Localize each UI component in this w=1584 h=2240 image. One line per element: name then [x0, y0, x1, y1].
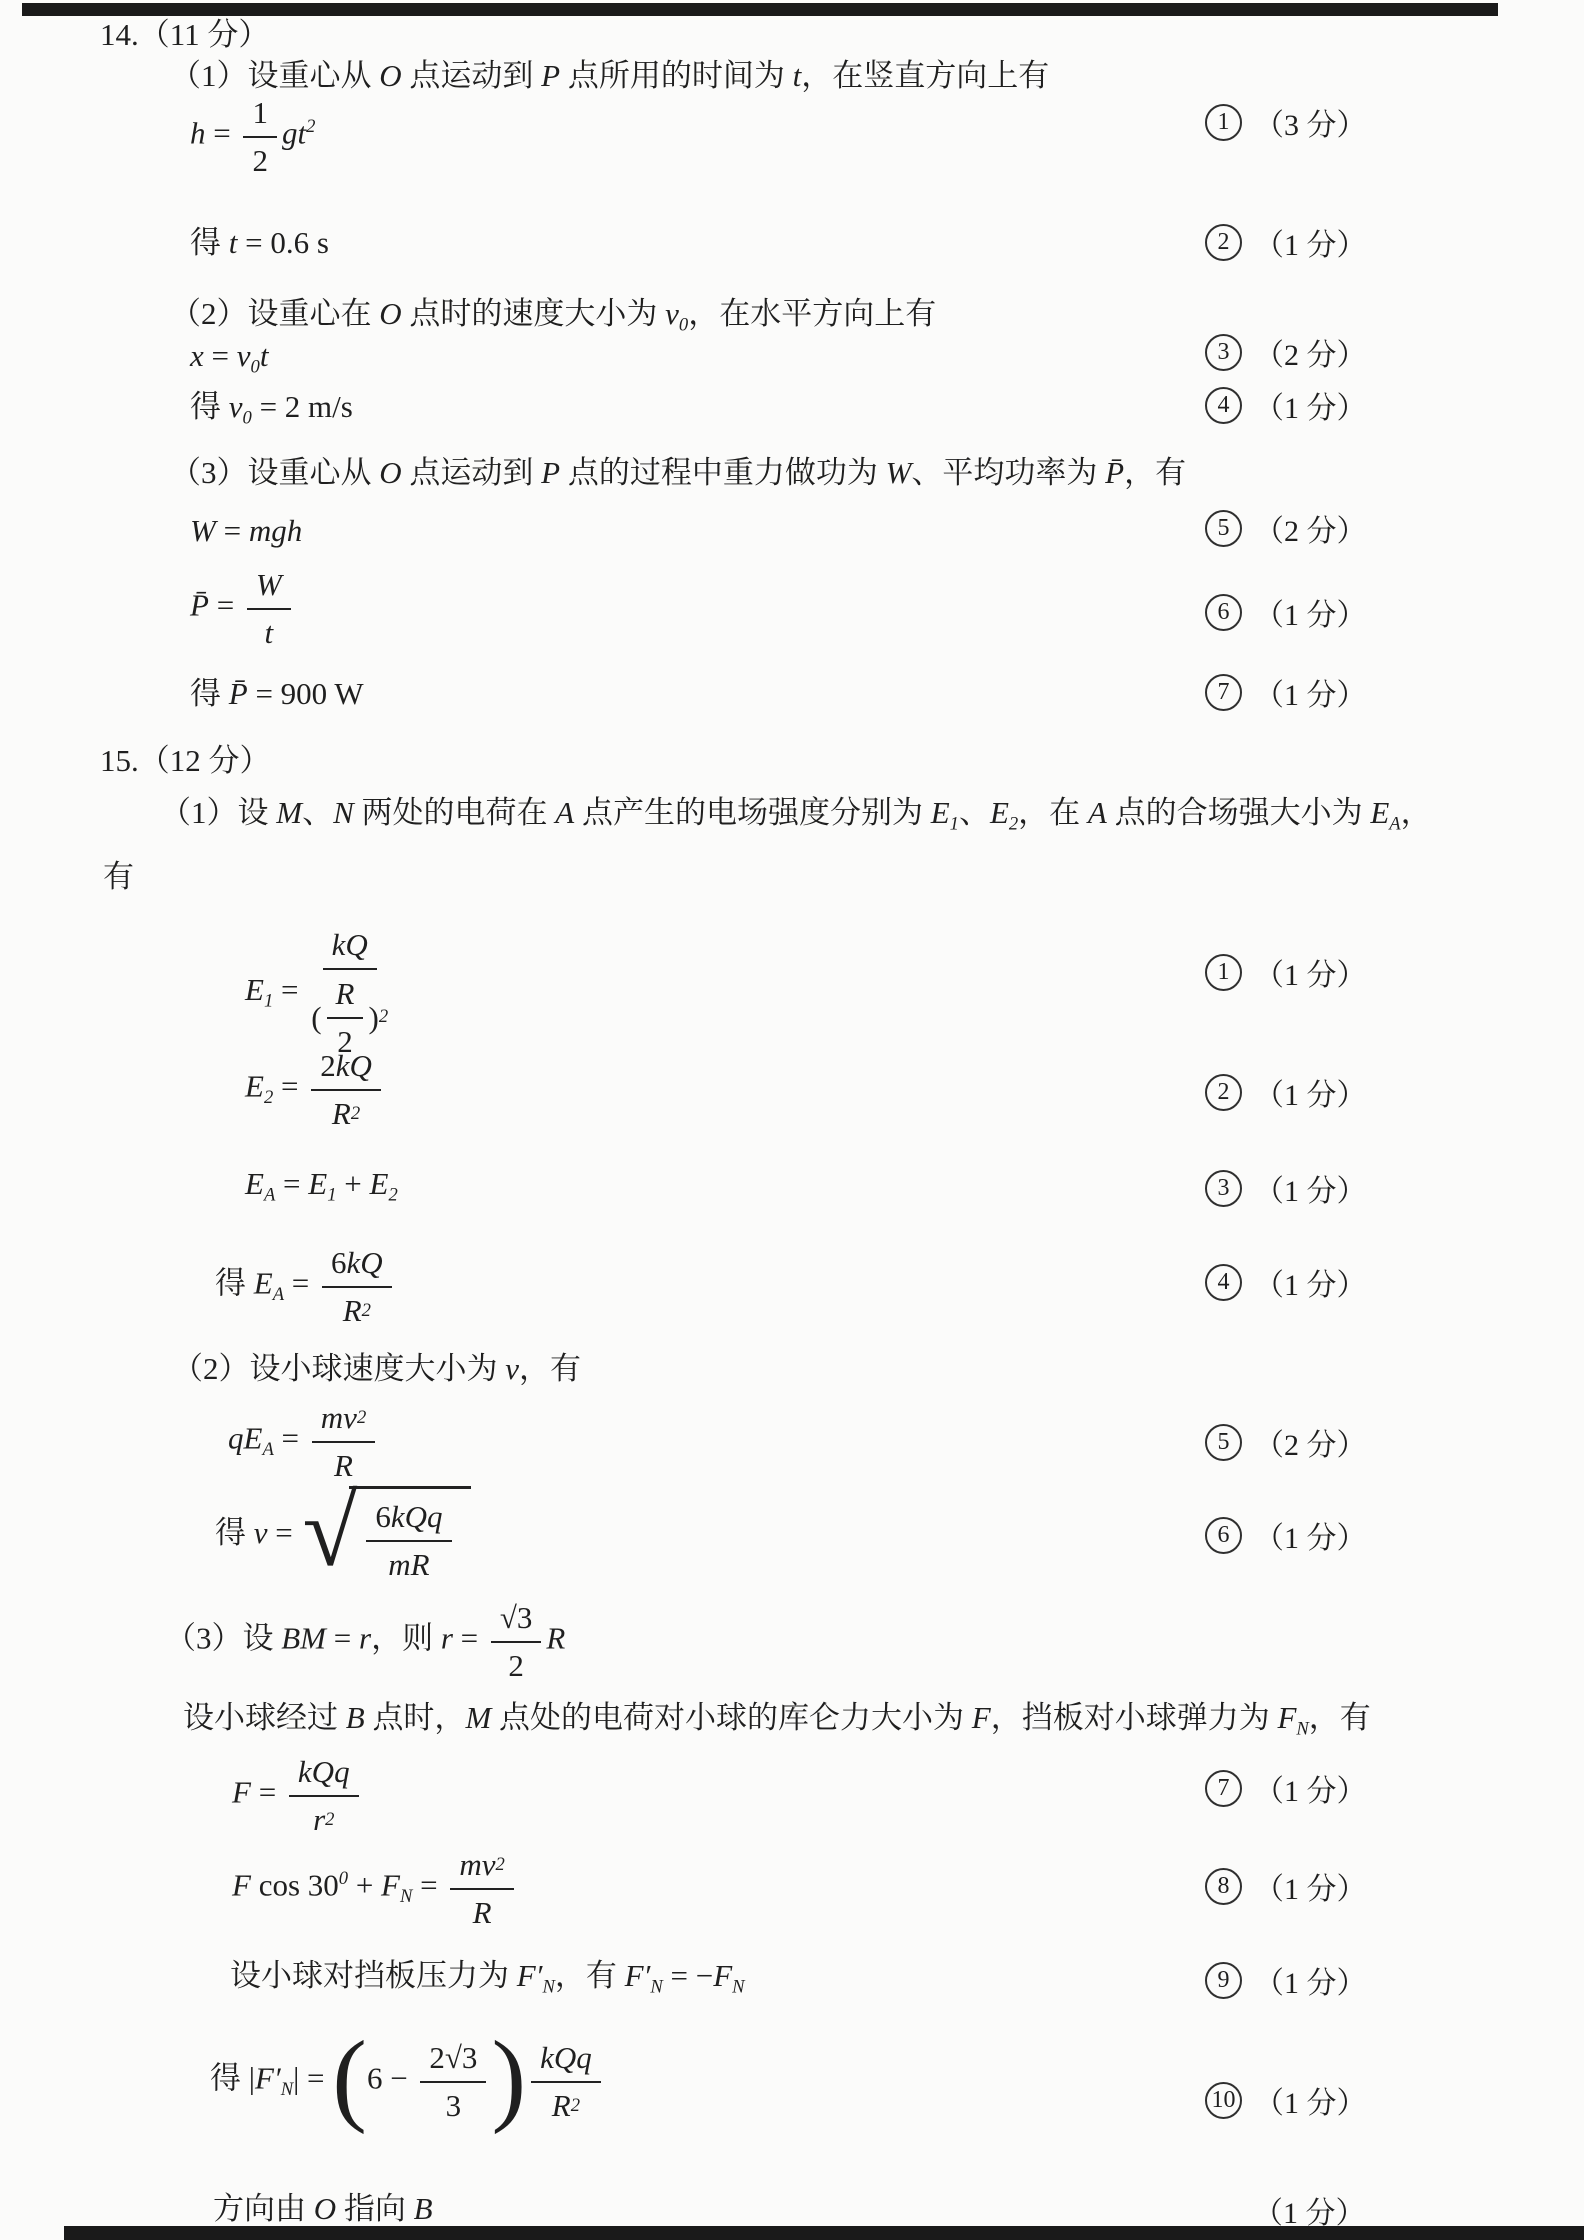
math-variable: kQ: [347, 1244, 383, 1281]
math-variable: N: [333, 795, 354, 830]
fraction-numerator: kQq: [289, 1752, 359, 1797]
q14-part2-intro: （2）设重心在 O 点时的速度大小为 v0，在水平方向上有: [170, 293, 936, 335]
score-text: （1 分）: [1254, 1070, 1367, 1114]
score-text: （1 分）: [1254, 383, 1367, 427]
math-variable: R: [343, 1292, 362, 1329]
score-text: （1 分）: [1253, 2188, 1366, 2232]
fraction-numerator: kQq: [531, 2038, 601, 2083]
score-circle-number: 10: [1205, 2082, 1242, 2119]
q15-part3-intro: （3）设 BM = r，则 r = √32R: [165, 1598, 565, 1684]
q14-eq6-score: 6（1 分）: [1205, 590, 1367, 634]
score-circle-number: 5: [1205, 1424, 1242, 1461]
q14-eq7-score: 7（1 分）: [1205, 670, 1367, 714]
math-variable: M: [465, 1700, 491, 1735]
math-variable: mR: [388, 1546, 429, 1583]
math-variable: t: [793, 58, 802, 93]
math-variable: F: [713, 1958, 732, 1993]
math-variable: F: [232, 1774, 251, 1809]
score-circle-number: 7: [1205, 1770, 1242, 1807]
math-variable: E: [370, 1166, 389, 1201]
fraction: 6kQR2: [322, 1243, 392, 1329]
math-variable: F′: [517, 1958, 543, 1993]
math-subscript: 2: [264, 1087, 273, 1108]
score-text: （2 分）: [1254, 1420, 1367, 1464]
math-variable: mgh: [249, 513, 302, 548]
math-variable: F′: [625, 1958, 651, 1993]
math-variable: E: [245, 972, 264, 1007]
big-parenthesis: (: [332, 2020, 367, 2135]
math-variable: R: [336, 975, 355, 1012]
q15-eq9-score: 9（1 分）: [1205, 1958, 1367, 2002]
math-variable: F: [972, 1700, 991, 1735]
math-variable: kQq: [298, 1753, 350, 1790]
math-variable: t: [265, 614, 274, 651]
q15-direction-score: （1 分）: [1253, 2188, 1366, 2232]
math-variable: kQ: [336, 1047, 372, 1084]
math-variable: F: [1277, 1700, 1296, 1735]
fraction: mv2R: [312, 1398, 375, 1484]
fraction-numerator: 1: [243, 93, 277, 138]
math-subscript: 1: [264, 990, 273, 1011]
math-subscript: N: [400, 1886, 412, 1907]
math-variable: v: [505, 1351, 519, 1386]
score-circle-number: 2: [1205, 224, 1242, 261]
fraction-denominator: t: [265, 610, 274, 651]
math-variable: r: [359, 1620, 371, 1655]
score-circle-number: 6: [1205, 1517, 1242, 1554]
math-variable: F: [381, 1867, 400, 1902]
score-text: （2 分）: [1254, 330, 1367, 374]
math-variable: qE: [228, 1420, 262, 1455]
fraction: 12: [243, 93, 277, 179]
math-subscript: A: [262, 1439, 273, 1460]
score-text: （1 分）: [1254, 950, 1367, 994]
fraction: 2kQR2: [311, 1046, 381, 1132]
fraction-numerator: R: [327, 974, 364, 1019]
q14-part1-intro: （1）设重心从 O 点运动到 P 点所用的时间为 t，在竖直方向上有: [170, 55, 1049, 97]
q15-eq8-force-balance: F cos 300 + FN = mv2R: [232, 1845, 519, 1931]
math-variable: mv: [459, 1846, 495, 1883]
square-root: √6kQqmR: [303, 1486, 471, 1585]
math-subscript: 0: [679, 315, 688, 336]
fraction-denominator: R2: [343, 1288, 371, 1329]
fraction-denominator: R2: [552, 2083, 580, 2124]
q14-eq5-score: 5（2 分）: [1205, 506, 1367, 550]
score-text: （3 分）: [1254, 100, 1367, 144]
math-subscript: A: [1389, 814, 1400, 835]
fraction: √32: [491, 1598, 542, 1684]
fraction-denominator: R2: [332, 1091, 360, 1132]
score-text: （1 分）: [1254, 670, 1367, 714]
math-variable: R: [546, 1620, 565, 1655]
q15-eq4-field-result: 得 EA = 6kQR2: [215, 1243, 397, 1329]
math-variable: r: [313, 1801, 325, 1838]
q14-part3-intro: （3）设重心从 O 点运动到 P 点的过程中重力做功为 W、平均功率为 P̄，有: [170, 452, 1186, 494]
math-subscript: 1: [327, 1185, 336, 1206]
math-variable: O: [379, 296, 401, 331]
fraction-numerator: kQ: [323, 925, 377, 970]
q15-eq8-score: 8（1 分）: [1205, 1864, 1367, 1908]
q14-eq2-time-result: 得 t = 0.6 s: [190, 222, 329, 264]
math-variable: kQq: [540, 2039, 592, 2076]
math-subscript: N: [281, 2079, 293, 2100]
math-subscript: 0: [243, 408, 252, 429]
big-parenthesis: ): [491, 2020, 526, 2135]
math-variable: W: [886, 455, 912, 490]
score-circle-number: 8: [1205, 1868, 1242, 1905]
math-variable: x: [190, 338, 204, 373]
math-variable: mv: [321, 1399, 357, 1436]
fraction-numerator: 6kQ: [322, 1243, 392, 1288]
fraction: 6kQqmR: [366, 1497, 451, 1583]
score-circle-number: 3: [1205, 1170, 1242, 1207]
score-text: （1 分）: [1254, 1513, 1367, 1557]
score-circle-number: 2: [1205, 1074, 1242, 1111]
fraction-denominator: r2: [313, 1797, 334, 1838]
q14-eq1-score: 1（3 分）: [1205, 100, 1367, 144]
math-variable: P: [541, 58, 560, 93]
score-text: （1 分）: [1254, 2078, 1367, 2122]
math-superscript: 0: [339, 1868, 348, 1889]
math-superscript: 2: [306, 116, 315, 137]
score-circle-number: 4: [1205, 387, 1242, 424]
math-subscript: 2: [1009, 814, 1018, 835]
math-variable: h: [190, 115, 206, 150]
q15-eq5-score: 5（2 分）: [1205, 1420, 1367, 1464]
math-variable: E: [931, 795, 950, 830]
fraction-denominator: R: [473, 1890, 492, 1931]
math-variable: E: [254, 1265, 273, 1300]
q14-eq3-displacement: x = v0t: [190, 335, 268, 377]
score-circle-number: 3: [1205, 334, 1242, 371]
q14-eq4-velocity-result: 得 v0 = 2 m/s: [190, 386, 353, 428]
q14-eq3-score: 3（2 分）: [1205, 330, 1367, 374]
q15-eq7-coulomb-force: F = kQqr2: [232, 1752, 364, 1838]
math-variable: E: [245, 1166, 264, 1201]
score-circle-number: 6: [1205, 594, 1242, 631]
q14-header: 14.（11 分）: [100, 14, 269, 56]
q15-direction-note: 方向由 O 指向 B: [213, 2188, 433, 2230]
q14-eq2-score: 2（1 分）: [1205, 220, 1367, 264]
math-variable: R: [473, 1894, 492, 1931]
fraction-numerator: mv2: [312, 1398, 375, 1443]
q15-part2-intro: （2）设小球速度大小为 v，有: [172, 1348, 581, 1390]
q15-eq10-score: 10（1 分）: [1205, 2078, 1367, 2122]
score-text: （1 分）: [1254, 1260, 1367, 1304]
q15-eq3-score: 3（1 分）: [1205, 1166, 1367, 1210]
math-variable: P̄: [190, 587, 209, 622]
math-variable: E: [1370, 795, 1389, 830]
fraction-denominator: 2: [508, 1643, 524, 1684]
score-text: （1 分）: [1254, 220, 1367, 264]
math-variable: v: [665, 296, 679, 331]
q15-eq5-circular-motion: qEA = mv2R: [228, 1398, 380, 1484]
math-variable: W: [256, 566, 282, 603]
score-text: （1 分）: [1254, 1166, 1367, 1210]
score-circle-number: 9: [1205, 1962, 1242, 1999]
fraction-denominator: 2: [252, 138, 268, 179]
math-variable: P̄: [229, 676, 248, 711]
math-variable: B: [414, 2191, 433, 2226]
math-subscript: A: [264, 1185, 275, 1206]
score-circle-number: 4: [1205, 1264, 1242, 1301]
math-subscript: N: [732, 1977, 744, 1998]
math-variable: E: [245, 1068, 264, 1103]
radical-sign-icon: √: [303, 1492, 358, 1572]
math-subscript: 2: [388, 1185, 397, 1206]
score-circle-number: 1: [1205, 954, 1242, 991]
q15-eq1-field-e1: E1 = kQ(R2)2: [245, 925, 393, 1061]
score-circle-number: 7: [1205, 674, 1242, 711]
math-variable: P: [541, 455, 560, 490]
q15-eq10-result: 得 |F′N| = (6 − 2√33)kQqR2: [210, 2038, 606, 2124]
math-variable: M: [276, 795, 302, 830]
math-subscript: 1: [950, 814, 959, 835]
q14-eq4-score: 4（1 分）: [1205, 383, 1367, 427]
math-variable: F: [232, 1867, 251, 1902]
math-variable: F′: [255, 2060, 281, 2095]
fraction: 2√33: [420, 2038, 486, 2124]
math-variable: v: [229, 389, 243, 424]
fraction-denominator: 3: [446, 2083, 462, 2124]
score-text: （1 分）: [1254, 1766, 1367, 1810]
score-text: （1 分）: [1254, 590, 1367, 634]
math-variable: P̄: [1105, 455, 1124, 490]
fraction-numerator: W: [247, 565, 291, 610]
math-variable: kQ: [332, 926, 368, 963]
q15-eq2-score: 2（1 分）: [1205, 1070, 1367, 1114]
score-circle-number: 1: [1205, 104, 1242, 141]
fraction: kQqR2: [531, 2038, 601, 2124]
math-variable: BM: [281, 1620, 326, 1655]
q15-part1-intro: （1）设 M、N 两处的电荷在 A 点产生的电场强度分别为 E1、E2，在 A …: [160, 792, 1432, 834]
math-variable: R: [552, 2087, 571, 2124]
math-variable: A: [1088, 795, 1107, 830]
fraction-denominator: mR: [388, 1542, 429, 1583]
fraction-numerator: 6kQq: [366, 1497, 451, 1542]
q15-eq7-score: 7（1 分）: [1205, 1766, 1367, 1810]
q15-header: 15.（12 分）: [100, 740, 271, 782]
q14-eq5-work: W = mgh: [190, 510, 302, 552]
math-variable: t: [260, 338, 269, 373]
q14-eq1-height-formula: h = 12gt2: [190, 93, 315, 179]
score-text: （1 分）: [1254, 1958, 1367, 2002]
q14-eq7-power-result: 得 P̄ = 900 W: [190, 673, 364, 715]
math-variable: r: [441, 1620, 453, 1655]
fraction: mv2R: [450, 1845, 513, 1931]
q15-eq6-velocity-result: 得 v = √6kQqmR: [215, 1486, 471, 1585]
q15-part3-coulomb-intro: 设小球经过 B 点时，M 点处的电荷对小球的库仑力大小为 F，挡板对小球弹力为 …: [183, 1697, 1371, 1739]
math-variable: A: [555, 795, 574, 830]
q15-eq1-score: 1（1 分）: [1205, 950, 1367, 994]
score-text: （2 分）: [1254, 506, 1367, 550]
math-subscript: 0: [251, 357, 260, 378]
math-subscript: N: [542, 1977, 554, 1998]
q15-eq4-score: 4（1 分）: [1205, 1260, 1367, 1304]
math-subscript: N: [650, 1977, 662, 1998]
fraction-numerator: 2kQ: [311, 1046, 381, 1091]
q15-part3-normalforce-intro: 设小球对挡板压力为 F′N，有 F′N = −FN: [230, 1955, 745, 1997]
math-variable: kQq: [391, 1498, 443, 1535]
math-variable: O: [314, 2191, 336, 2226]
score-circle-number: 5: [1205, 510, 1242, 547]
math-variable: B: [346, 1700, 365, 1735]
math-variable: W: [190, 513, 216, 548]
math-variable: O: [379, 455, 401, 490]
q15-eq2-field-e2: E2 = 2kQR2: [245, 1046, 386, 1132]
fraction: Wt: [247, 565, 291, 651]
fraction-numerator: √3: [491, 1598, 542, 1643]
math-variable: E: [308, 1166, 327, 1201]
math-variable: O: [379, 58, 401, 93]
math-variable: v: [237, 338, 251, 373]
fraction: kQqr2: [289, 1752, 359, 1838]
exam-answer-page: 14.（11 分） （1）设重心从 O 点运动到 P 点所用的时间为 t，在竖直…: [0, 0, 1584, 2240]
math-subscript: N: [1296, 1719, 1308, 1740]
q14-eq6-power: P̄ = Wt: [190, 565, 296, 651]
math-variable: gt: [282, 115, 306, 150]
math-variable: R: [332, 1095, 351, 1132]
score-text: （1 分）: [1254, 1864, 1367, 1908]
math-variable: v: [254, 1515, 268, 1550]
math-variable: E: [990, 795, 1009, 830]
radicand: 6kQqmR: [349, 1486, 470, 1585]
math-subscript: A: [273, 1284, 284, 1305]
q15-eq3-field-sum: EA = E1 + E2: [245, 1163, 398, 1205]
math-variable: t: [229, 225, 238, 260]
q15-part1-intro-cont: 有: [103, 856, 134, 898]
q15-eq6-score: 6（1 分）: [1205, 1513, 1367, 1557]
fraction: kQ(R2)2: [311, 925, 388, 1061]
fraction-numerator: 2√3: [420, 2038, 486, 2083]
fraction-numerator: mv2: [450, 1845, 513, 1890]
